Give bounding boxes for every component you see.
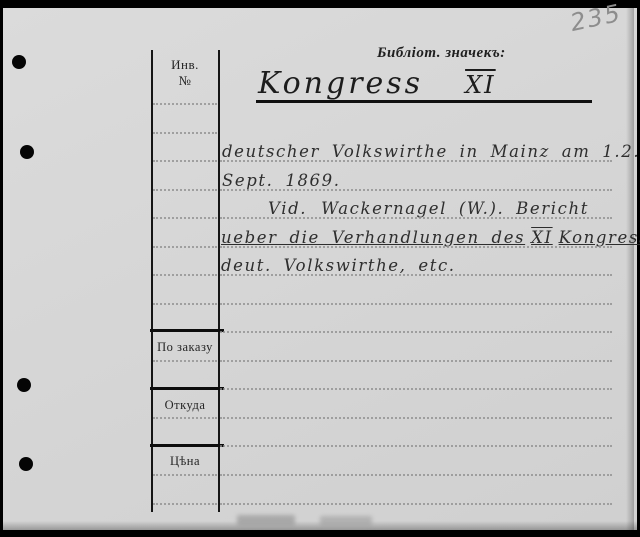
entry-line: deutscher Volkswirthe in Mainz am 1.2.3.…: [222, 142, 640, 161]
ruled-line: [220, 360, 612, 362]
title-roman-numeral: XI: [465, 71, 496, 99]
ruled-line: [153, 360, 217, 362]
column-section-divider: [150, 387, 224, 390]
ruled-line: [153, 274, 217, 276]
ruled-line: [220, 274, 612, 276]
column-section-divider: [150, 329, 224, 332]
ruled-line: [153, 303, 217, 305]
punch-hole-icon: [17, 378, 31, 392]
entry-line3-rest: Wackernagel (W.). Bericht: [321, 199, 589, 218]
scanned-catalog-card: 235 Библіот. значекъ: Инв. № По заказу О…: [0, 0, 640, 537]
title-underline: [256, 100, 592, 103]
entry-line: Vid.Wackernagel (W.). Bericht: [268, 199, 589, 218]
ruled-line: [153, 217, 217, 219]
inventory-number-label: Инв. №: [152, 57, 218, 90]
ruled-line: [220, 388, 612, 390]
ruled-line: [153, 246, 217, 248]
ruled-line: [153, 474, 217, 476]
entry-line: ueber die Verhandlungen desXIKongresses: [221, 228, 640, 247]
ruled-line: [220, 503, 612, 505]
ruled-line: [153, 503, 217, 505]
ruled-line: [220, 445, 612, 447]
column-vertical-line: [218, 50, 220, 512]
entry-line4-roman-numeral: XI: [531, 228, 552, 247]
entry-line: Sept. 1869.: [222, 171, 341, 190]
ruled-line: [153, 103, 217, 105]
faded-stamp: [320, 516, 372, 526]
punch-hole-icon: [20, 145, 34, 159]
inventory-label-line2: №: [179, 73, 192, 88]
handwritten-title: KongressXI: [258, 66, 496, 101]
library-mark-header: Библіот. значекъ:: [377, 45, 506, 62]
entry-line4-pre: ueber die Verhandlungen des: [221, 228, 525, 247]
paper-edge-shadow-right: [626, 8, 634, 530]
ruled-line: [153, 417, 217, 419]
column-vertical-line: [151, 50, 153, 512]
ruled-line: [220, 303, 612, 305]
ruled-line: [220, 474, 612, 476]
ruled-line: [153, 189, 217, 191]
punch-hole-icon: [19, 457, 33, 471]
order-label: По заказу: [152, 340, 218, 355]
price-label: Цѣна: [152, 454, 218, 469]
ruled-line: [153, 160, 217, 162]
origin-label: Откуда: [152, 398, 218, 413]
ruled-line: [220, 160, 612, 162]
column-section-divider: [150, 444, 224, 447]
entry-line3-lead: Vid.: [268, 199, 307, 218]
ruled-line: [220, 189, 612, 191]
title-word: Kongress: [258, 66, 423, 101]
ruled-line: [220, 331, 612, 333]
punch-hole-icon: [12, 55, 26, 69]
inventory-label-line1: Инв.: [171, 57, 199, 72]
faded-stamp: [237, 515, 295, 526]
entry-line: deut. Volkswirthe, etc.: [221, 256, 456, 275]
ruled-line: [153, 132, 217, 134]
ruled-line: [220, 417, 612, 419]
ruled-line: [220, 246, 612, 248]
ruled-line: [220, 217, 612, 219]
entry-line4-post: Kongresses: [559, 228, 640, 247]
